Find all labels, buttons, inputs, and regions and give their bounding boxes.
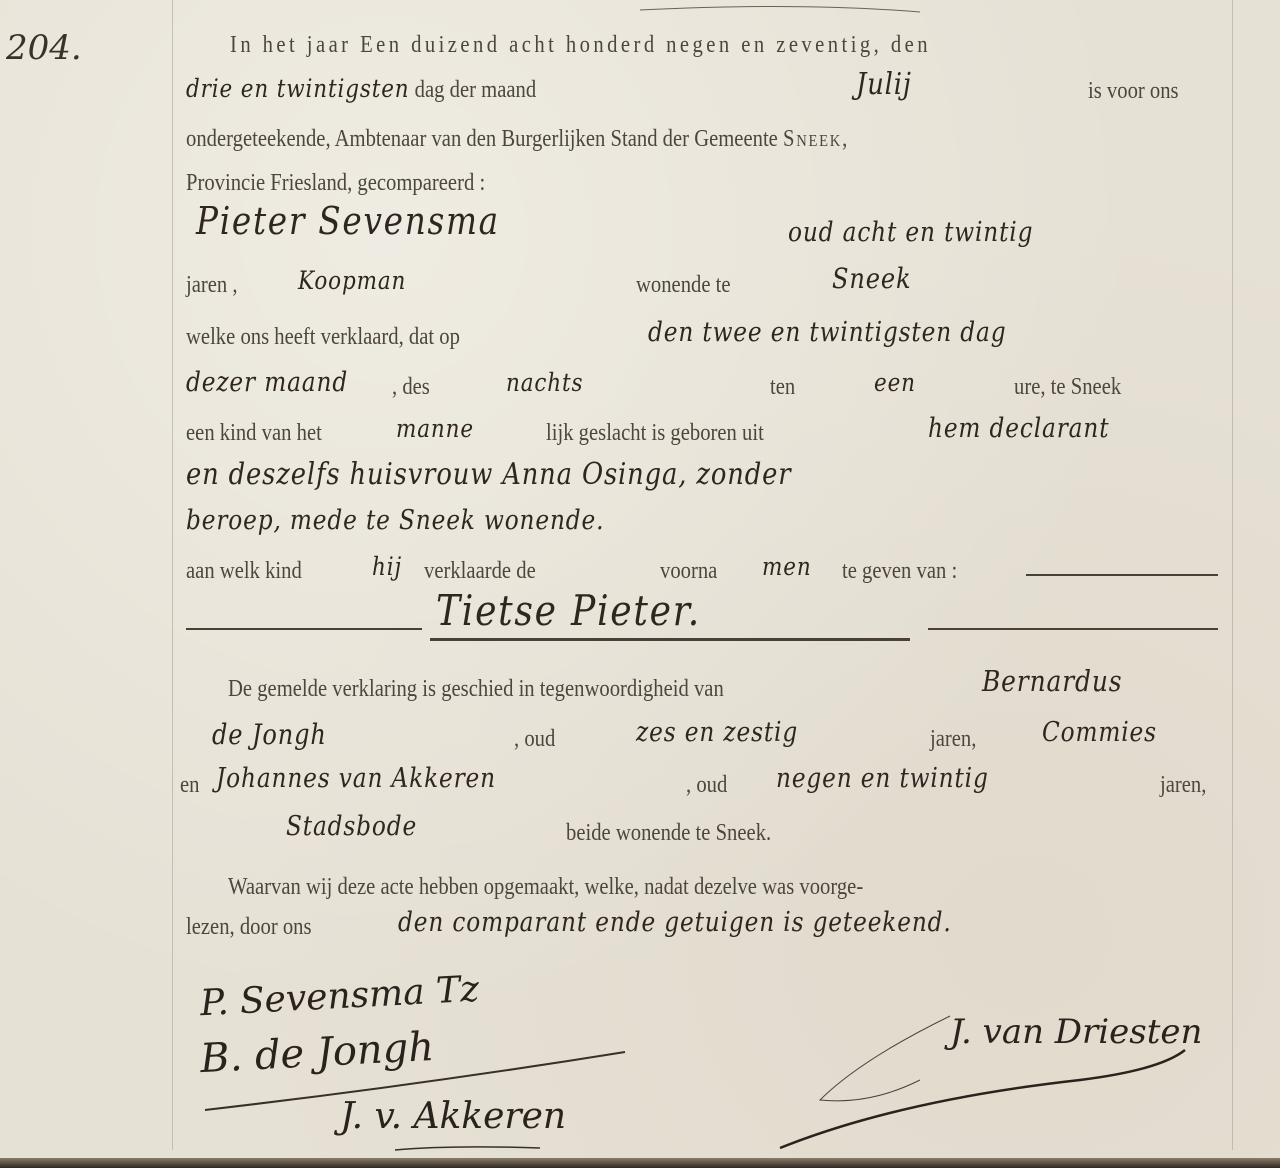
label-geslacht-geboren: lijk geslacht is geboren uit — [546, 418, 764, 448]
declarant-name: Pieter Sevensma — [196, 206, 500, 236]
declarant-residence: Sneek — [832, 264, 911, 294]
label-ure-te-sneek: ure, te Sneek — [1014, 372, 1121, 402]
child-given-names: Tietse Pieter. — [436, 596, 701, 626]
label-beide-wonende: beide wonende te Sneek. — [566, 818, 771, 848]
label-des: , des — [392, 372, 430, 402]
official-text: ondergeteekende, Ambtenaar van den Burge… — [186, 126, 778, 152]
label-jaren-2: jaren, — [1160, 770, 1206, 800]
label-aan-welk-kind: aan welk kind — [186, 556, 302, 586]
label-verklaard: welke ons heeft verklaard, dat op — [186, 322, 460, 352]
label-lezen-door-ons: lezen, door ons — [186, 912, 312, 942]
label-verklaring-geschied: De gemelde verklaring is geschied in teg… — [228, 674, 724, 704]
intro-text: In het jaar Een duizend acht honderd neg… — [230, 32, 931, 58]
label-dag-der-maand: dag der maand — [415, 77, 537, 103]
label-verklaarde-de: verklaarde de — [424, 556, 536, 586]
label-jaren-1: jaren, — [930, 724, 976, 754]
record-number: 204. — [6, 28, 82, 68]
witness1-occupation: Commies — [1042, 718, 1157, 748]
name-underline — [430, 638, 910, 641]
left-margin-line — [172, 0, 173, 1150]
declarant-occupation: Koopman — [298, 266, 406, 296]
right-margin-line — [1232, 0, 1233, 1150]
line-intro: In het jaar Een duizend acht honderd neg… — [230, 30, 931, 60]
signature-witness2: J. v. Akkeren — [340, 1096, 566, 1137]
fill-rule-1 — [1026, 574, 1218, 576]
fill-rule-2 — [186, 628, 422, 630]
label-is-voor-ons: is voor ons — [1088, 76, 1179, 106]
label-oud-1: , oud — [514, 724, 555, 754]
label-voorna: voorna — [660, 556, 717, 586]
signature-official: J. van Driesten — [950, 1012, 1202, 1052]
birth-date: den twee en twintigsten dag — [648, 318, 1006, 348]
mother-line: en deszelfs huisvrouw Anna Osinga, zonde… — [186, 460, 791, 490]
father-reference: hem declarant — [928, 414, 1109, 444]
comma: , — [842, 126, 847, 152]
label-en: en — [180, 770, 199, 800]
witness2-occupation: Stadsbode — [286, 812, 417, 842]
label-een-kind: een kind van het — [186, 418, 322, 448]
declarant-age: oud acht en twintig — [788, 218, 1033, 248]
label-men-suffix: men — [762, 552, 812, 582]
witness2-age: negen en twintig — [776, 764, 989, 794]
signature-declarant: P. Sevensma Tz — [199, 969, 480, 1025]
line-province: Provincie Friesland, gecompareerd : — [186, 168, 485, 198]
label-oud-2: , oud — [686, 770, 727, 800]
label-jaren: jaren , — [186, 270, 238, 300]
witness1-first-name: Bernardus — [982, 666, 1122, 696]
fill-rule-3 — [928, 628, 1218, 630]
declarant-pronoun: hij — [372, 552, 402, 582]
label-ten: ten — [770, 372, 795, 402]
line-official: ondergeteekende, Ambtenaar van den Burge… — [186, 124, 847, 154]
municipality-name: Sneek — [783, 126, 842, 152]
birth-hour: een — [874, 368, 916, 398]
birth-month: dezer maand — [186, 368, 348, 398]
line-date: drie en twintigsten dag der maand — [186, 74, 536, 105]
witness1-last-name: de Jongh — [212, 720, 327, 750]
handwritten-month: Julij — [856, 70, 912, 100]
signature-witness1: B. de Jongh — [199, 1024, 435, 1082]
handwritten-day: drie en twintigsten — [186, 74, 410, 103]
page-bottom-edge — [0, 1158, 1280, 1168]
mother-occupation-residence: beroep, mede te Sneek wonende. — [186, 506, 604, 536]
child-sex: manne — [396, 414, 474, 444]
birth-time-of-day: nachts — [506, 368, 583, 398]
witness1-age: zes en zestig — [636, 718, 798, 748]
signing-statement: den comparant ende getuigen is geteekend… — [398, 908, 952, 938]
closing-text: Waarvan wij deze acte hebben opgemaakt, … — [228, 872, 863, 902]
witness2-name: Johannes van Akkeren — [216, 764, 496, 794]
label-wonende-te: wonende te — [636, 270, 731, 300]
label-te-geven-van: te geven van : — [842, 556, 957, 586]
